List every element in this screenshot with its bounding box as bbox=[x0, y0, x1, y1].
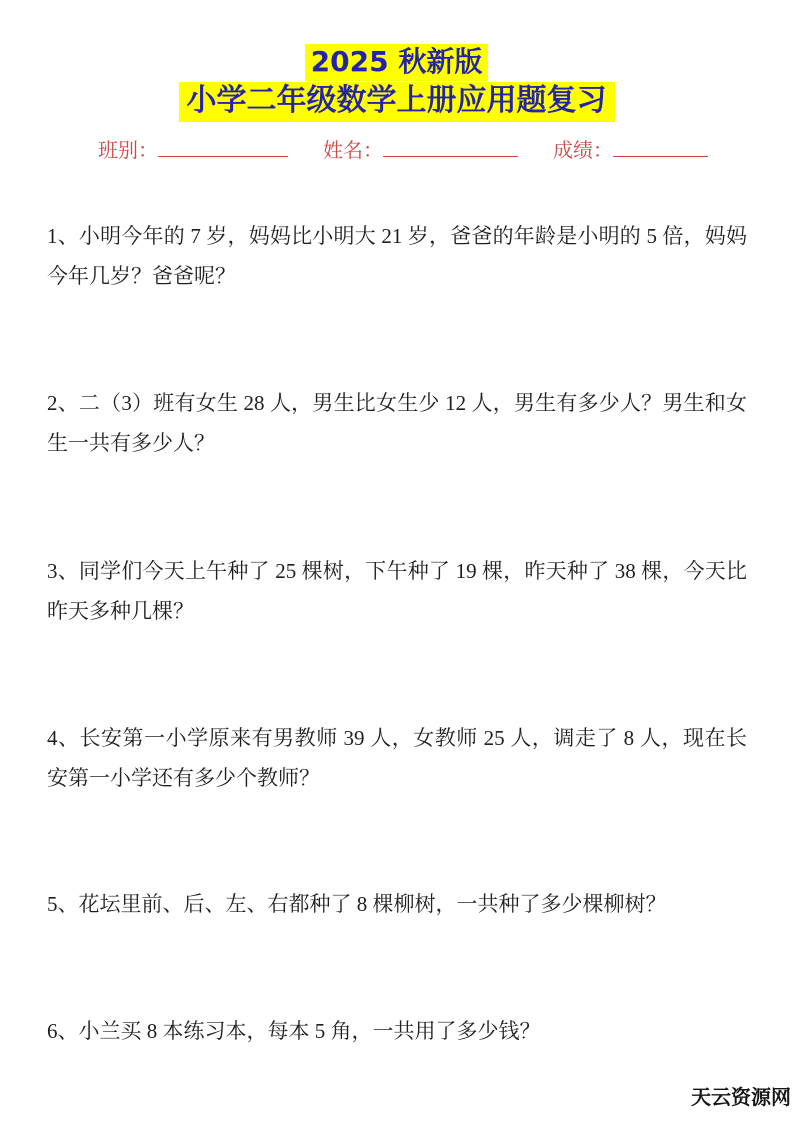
question-5: 5、花坛里前、后、左、右都种了 8 棵柳树，一共种了多少棵柳树？ bbox=[47, 884, 747, 924]
score-field-blank bbox=[613, 138, 708, 157]
name-field-label: 姓名： bbox=[323, 140, 383, 162]
title-line-1: 2025 秋新版 bbox=[305, 44, 489, 81]
title-row-1: 2025 秋新版 bbox=[0, 44, 793, 81]
class-field-label: 班别： bbox=[98, 140, 158, 162]
name-field: 姓名： bbox=[323, 138, 518, 163]
question-1: 1、小明今年的 7 岁，妈妈比小明大 21 岁，爸爸的年龄是小明的 5 倍，妈妈… bbox=[47, 216, 747, 296]
score-field: 成绩： bbox=[553, 138, 708, 163]
question-2: 2、二（3）班有女生 28 人，男生比女生少 12 人，男生有多少人？男生和女生… bbox=[47, 383, 747, 463]
title-line-2: 小学二年级数学上册应用题复习 bbox=[179, 82, 615, 122]
worksheet-page: 2025 秋新版 小学二年级数学上册应用题复习 班别： 姓名： 成绩： 1、小明… bbox=[0, 0, 793, 1122]
watermark: 天云资源网 bbox=[691, 1081, 791, 1110]
name-field-blank bbox=[383, 138, 518, 157]
score-field-label: 成绩： bbox=[553, 140, 613, 162]
student-info-row: 班别： 姓名： 成绩： bbox=[98, 138, 708, 163]
question-4: 4、长安第一小学原来有男教师 39 人，女教师 25 人，调走了 8 人，现在长… bbox=[47, 718, 747, 798]
class-field: 班别： bbox=[98, 138, 288, 163]
title-row-2: 小学二年级数学上册应用题复习 bbox=[0, 81, 793, 122]
question-6: 6、小兰买 8 本练习本，每本 5 角，一共用了多少钱？ bbox=[47, 1011, 747, 1051]
document-header: 2025 秋新版 小学二年级数学上册应用题复习 bbox=[0, 44, 793, 122]
question-3: 3、同学们今天上午种了 25 棵树，下午种了 19 棵，昨天种了 38 棵，今天… bbox=[47, 551, 747, 631]
class-field-blank bbox=[158, 138, 288, 157]
